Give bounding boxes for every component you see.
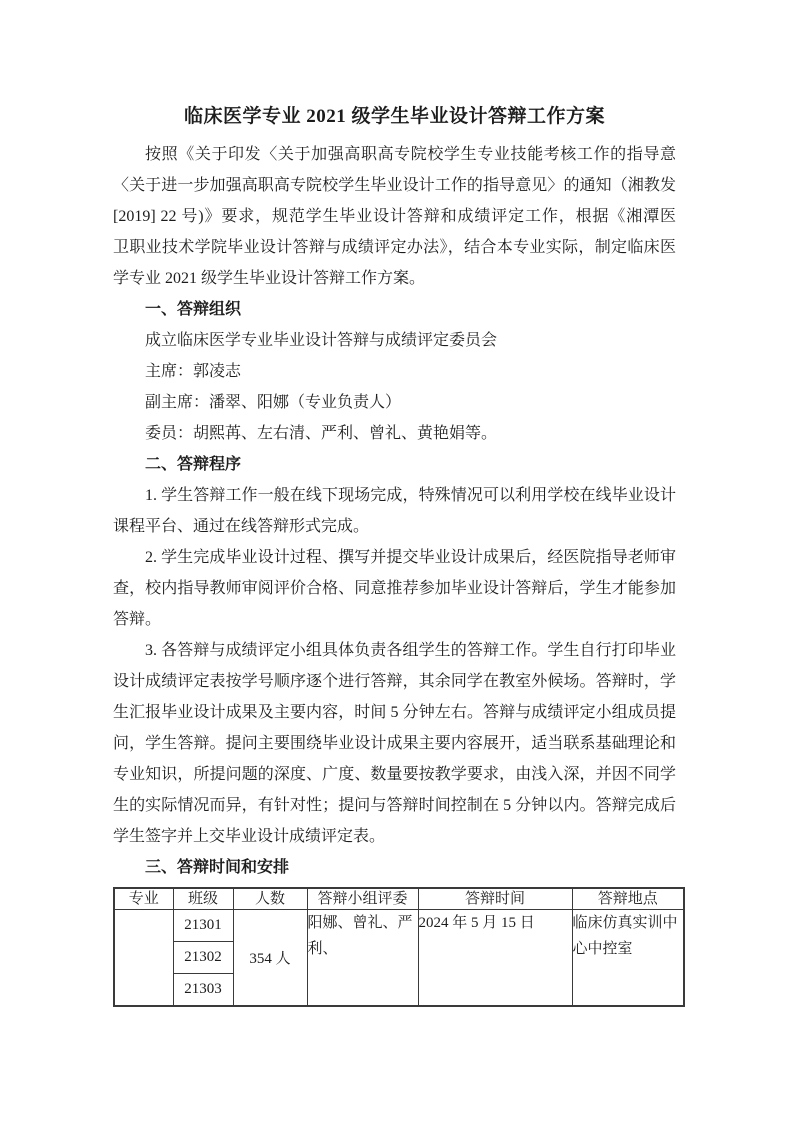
procedure-line: 专业知识，所提问题的深度、广度、数量要按教学要求，由浅入深，并因不同学 [113, 759, 676, 790]
chairman-line: 主席：郭凌志 [113, 356, 676, 387]
document-title: 临床医学专业 2021 级学生毕业设计答辩工作方案 [113, 100, 676, 133]
time-cell: 2024 年 5 月 15 日 [418, 910, 572, 1007]
procedure-line: 课程平台、通过在线答辩形式完成。 [113, 511, 676, 542]
procedure-line: 3. 各答辩与成绩评定小组具体负责各组学生的答辩工作。学生自行打印毕业 [113, 635, 676, 666]
major-cell [114, 910, 173, 1007]
count-cell: 354 人 [233, 910, 307, 1007]
procedure-line: 问，学生答辩。提问主要围绕毕业设计成果主要内容展开，适当联系基础理论和 [113, 728, 676, 759]
procedure-line: 2. 学生完成毕业设计过程、撰写并提交毕业设计成果后，经医院指导老师审 [113, 542, 676, 573]
location-cell: 临床仿真实训中心中控室 [572, 910, 684, 1007]
class-cell: 21302 [173, 942, 233, 974]
judges-cell: 阳娜、曾礼、严利、 [307, 910, 418, 1007]
intro-line: 学专业 2021 级学生毕业设计答辩工作方案。 [113, 263, 676, 294]
heading-defense-schedule: 三、答辩时间和安排 [113, 852, 676, 883]
header-location: 答辩地点 [572, 888, 684, 910]
header-major: 专业 [114, 888, 173, 910]
members-line: 委员：胡熙苒、左右清、严利、曾礼、黄艳娟等。 [113, 418, 676, 449]
procedure-line: 答辩。 [113, 604, 676, 635]
intro-line: 卫职业技术学院毕业设计答辩与成绩评定办法》，结合本专业实际，制定临床医 [113, 232, 676, 263]
procedure-line: 学生签字并上交毕业设计成绩评定表。 [113, 821, 676, 852]
header-judges: 答辩小组评委 [307, 888, 418, 910]
procedure-line: 1. 学生答辩工作一般在线下现场完成，特殊情况可以利用学校在线毕业设计 [113, 480, 676, 511]
table-header-row: 专业 班级 人数 答辩小组评委 答辩时间 答辩地点 [114, 888, 684, 910]
heading-defense-organization: 一、答辩组织 [113, 294, 676, 325]
intro-line: 按照《关于印发〈关于加强高职高专院校学生专业技能考核工作的指导意见〉 [113, 139, 676, 170]
procedure-line: 生汇报毕业设计成果及主要内容，时间 5 分钟左右。答辩与成绩评定小组成员提 [113, 697, 676, 728]
procedure-line: 生的实际情况而异，有针对性；提问与答辩时间控制在 5 分钟以内。答辩完成后 [113, 790, 676, 821]
document-content: 临床医学专业 2021 级学生毕业设计答辩工作方案 按照《关于印发〈关于加强高职… [0, 100, 793, 1007]
schedule-table-wrapper: 专业 班级 人数 答辩小组评委 答辩时间 答辩地点 21301 354 人 阳娜… [113, 887, 676, 1007]
header-time: 答辩时间 [418, 888, 572, 910]
vice-chairman-line: 副主席：潘翠、阳娜（专业负责人） [113, 387, 676, 418]
intro-line: [2019] 22 号)》要求，规范学生毕业设计答辩和成绩评定工作，根据《湘潭医 [113, 201, 676, 232]
class-cell: 21303 [173, 974, 233, 1007]
defense-schedule-table: 专业 班级 人数 答辩小组评委 答辩时间 答辩地点 21301 354 人 阳娜… [113, 887, 685, 1007]
procedure-line: 查，校内指导教师审阅评价合格、同意推荐参加毕业设计答辩后，学生才能参加 [113, 573, 676, 604]
header-count: 人数 [233, 888, 307, 910]
document-page: 临床医学专业 2021 级学生毕业设计答辩工作方案 按照《关于印发〈关于加强高职… [0, 0, 793, 1122]
header-class: 班级 [173, 888, 233, 910]
class-cell: 21301 [173, 910, 233, 942]
procedure-line: 设计成绩评定表按学号顺序逐个进行答辩，其余同学在教室外候场。答辩时，学 [113, 666, 676, 697]
committee-line: 成立临床医学专业毕业设计答辩与成绩评定委员会 [113, 325, 676, 356]
table-row: 21301 354 人 阳娜、曾礼、严利、 2024 年 5 月 15 日 临床… [114, 910, 684, 942]
heading-defense-procedure: 二、答辩程序 [113, 449, 676, 480]
intro-line: 〈关于进一步加强高职高专院校学生毕业设计工作的指导意见〉的通知（湘教发 [113, 170, 676, 201]
